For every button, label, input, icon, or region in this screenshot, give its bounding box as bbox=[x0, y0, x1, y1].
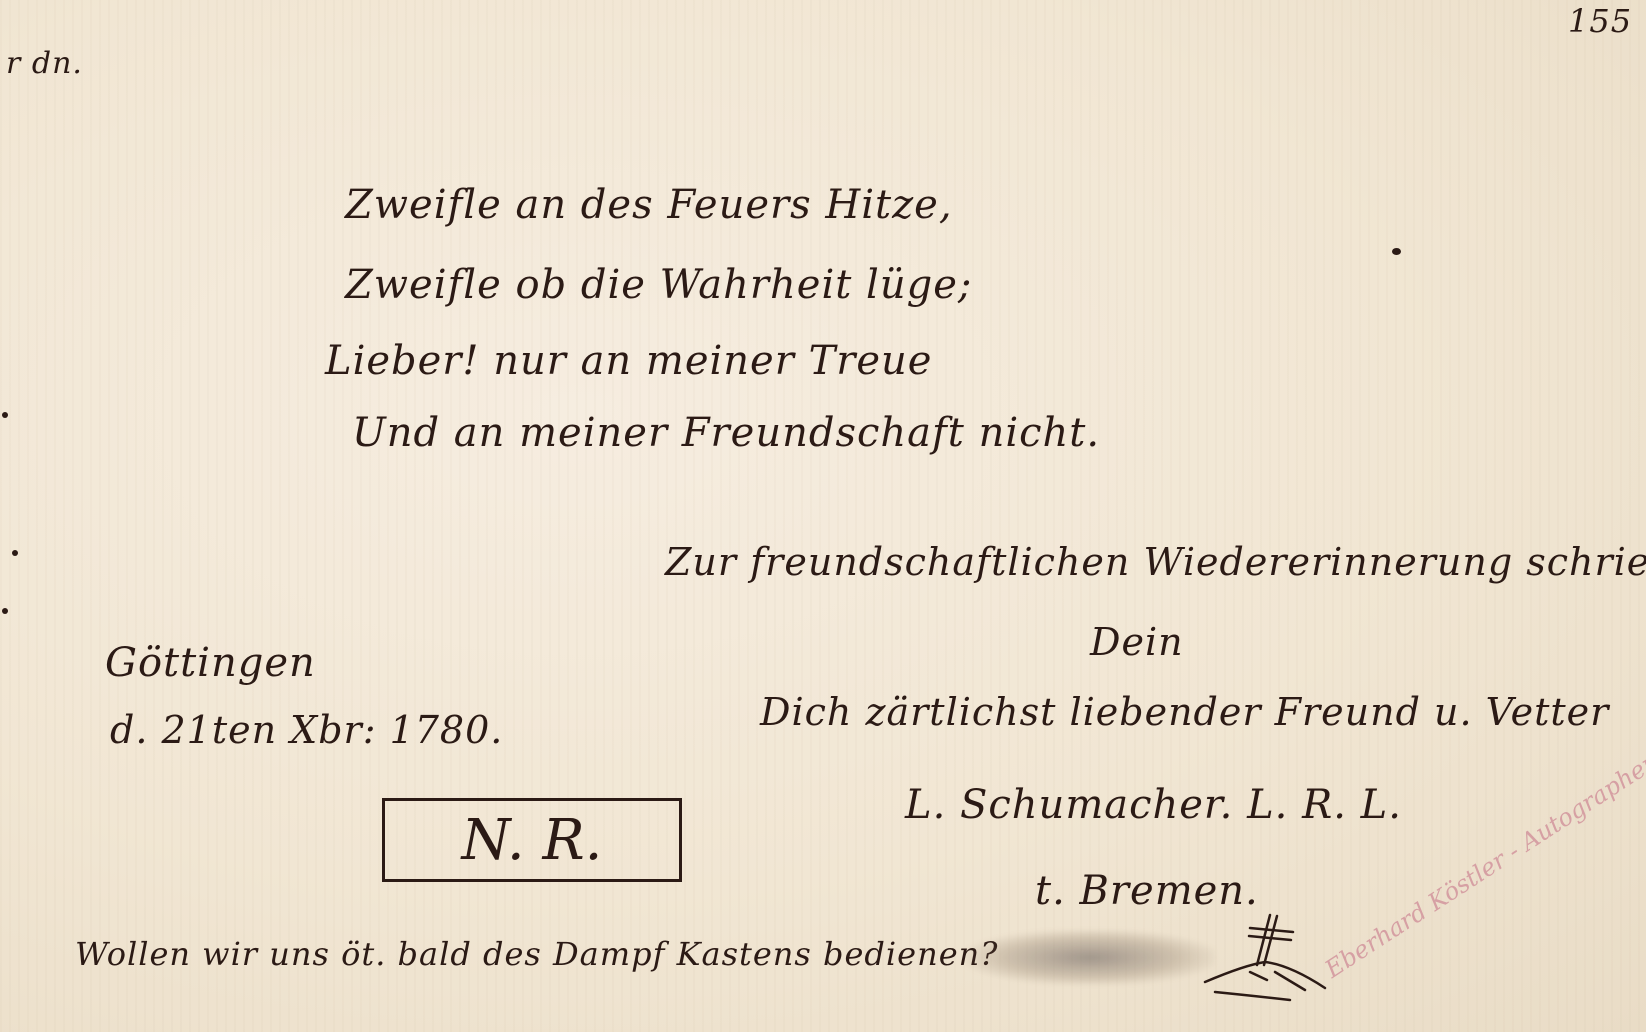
poem-line-2: Zweifle ob die Wahrheit lüge; bbox=[345, 262, 972, 308]
manuscript-page: 155 r dn. Zweifle an des Feuers Hitze, Z… bbox=[0, 0, 1646, 1032]
question-line: Wollen wir uns öt. bald des Dampf Kasten… bbox=[75, 935, 998, 973]
margin-note: r dn. bbox=[6, 46, 83, 81]
ink-smudge bbox=[965, 930, 1215, 985]
page-number: 155 bbox=[1568, 2, 1632, 40]
edge-mark bbox=[2, 608, 8, 614]
signature-place: t. Bremen. bbox=[1035, 868, 1259, 914]
poem-line-4: Und an meiner Freundschaft nicht. bbox=[352, 410, 1100, 456]
poem-line-1: Zweifle an des Feuers Hitze, bbox=[345, 182, 953, 228]
dedication-line: Zur freundschaftlichen Wiedererinnerung … bbox=[665, 540, 1646, 584]
edge-mark bbox=[2, 412, 8, 418]
initials-text: N. R. bbox=[462, 808, 603, 873]
signature: L. Schumacher. L. R. L. bbox=[905, 782, 1402, 828]
closing-line: Dich zärtlichst liebender Freund u. Vett… bbox=[760, 690, 1609, 734]
location: Göttingen bbox=[105, 640, 316, 686]
initials-box: N. R. bbox=[382, 798, 682, 882]
poem-line-3: Lieber! nur an meiner Treue bbox=[325, 338, 932, 384]
edge-mark bbox=[12, 550, 18, 556]
dein-line: Dein bbox=[1090, 620, 1184, 664]
date: d. 21ten Xbr: 1780. bbox=[110, 708, 503, 752]
ink-blot bbox=[1392, 248, 1401, 255]
